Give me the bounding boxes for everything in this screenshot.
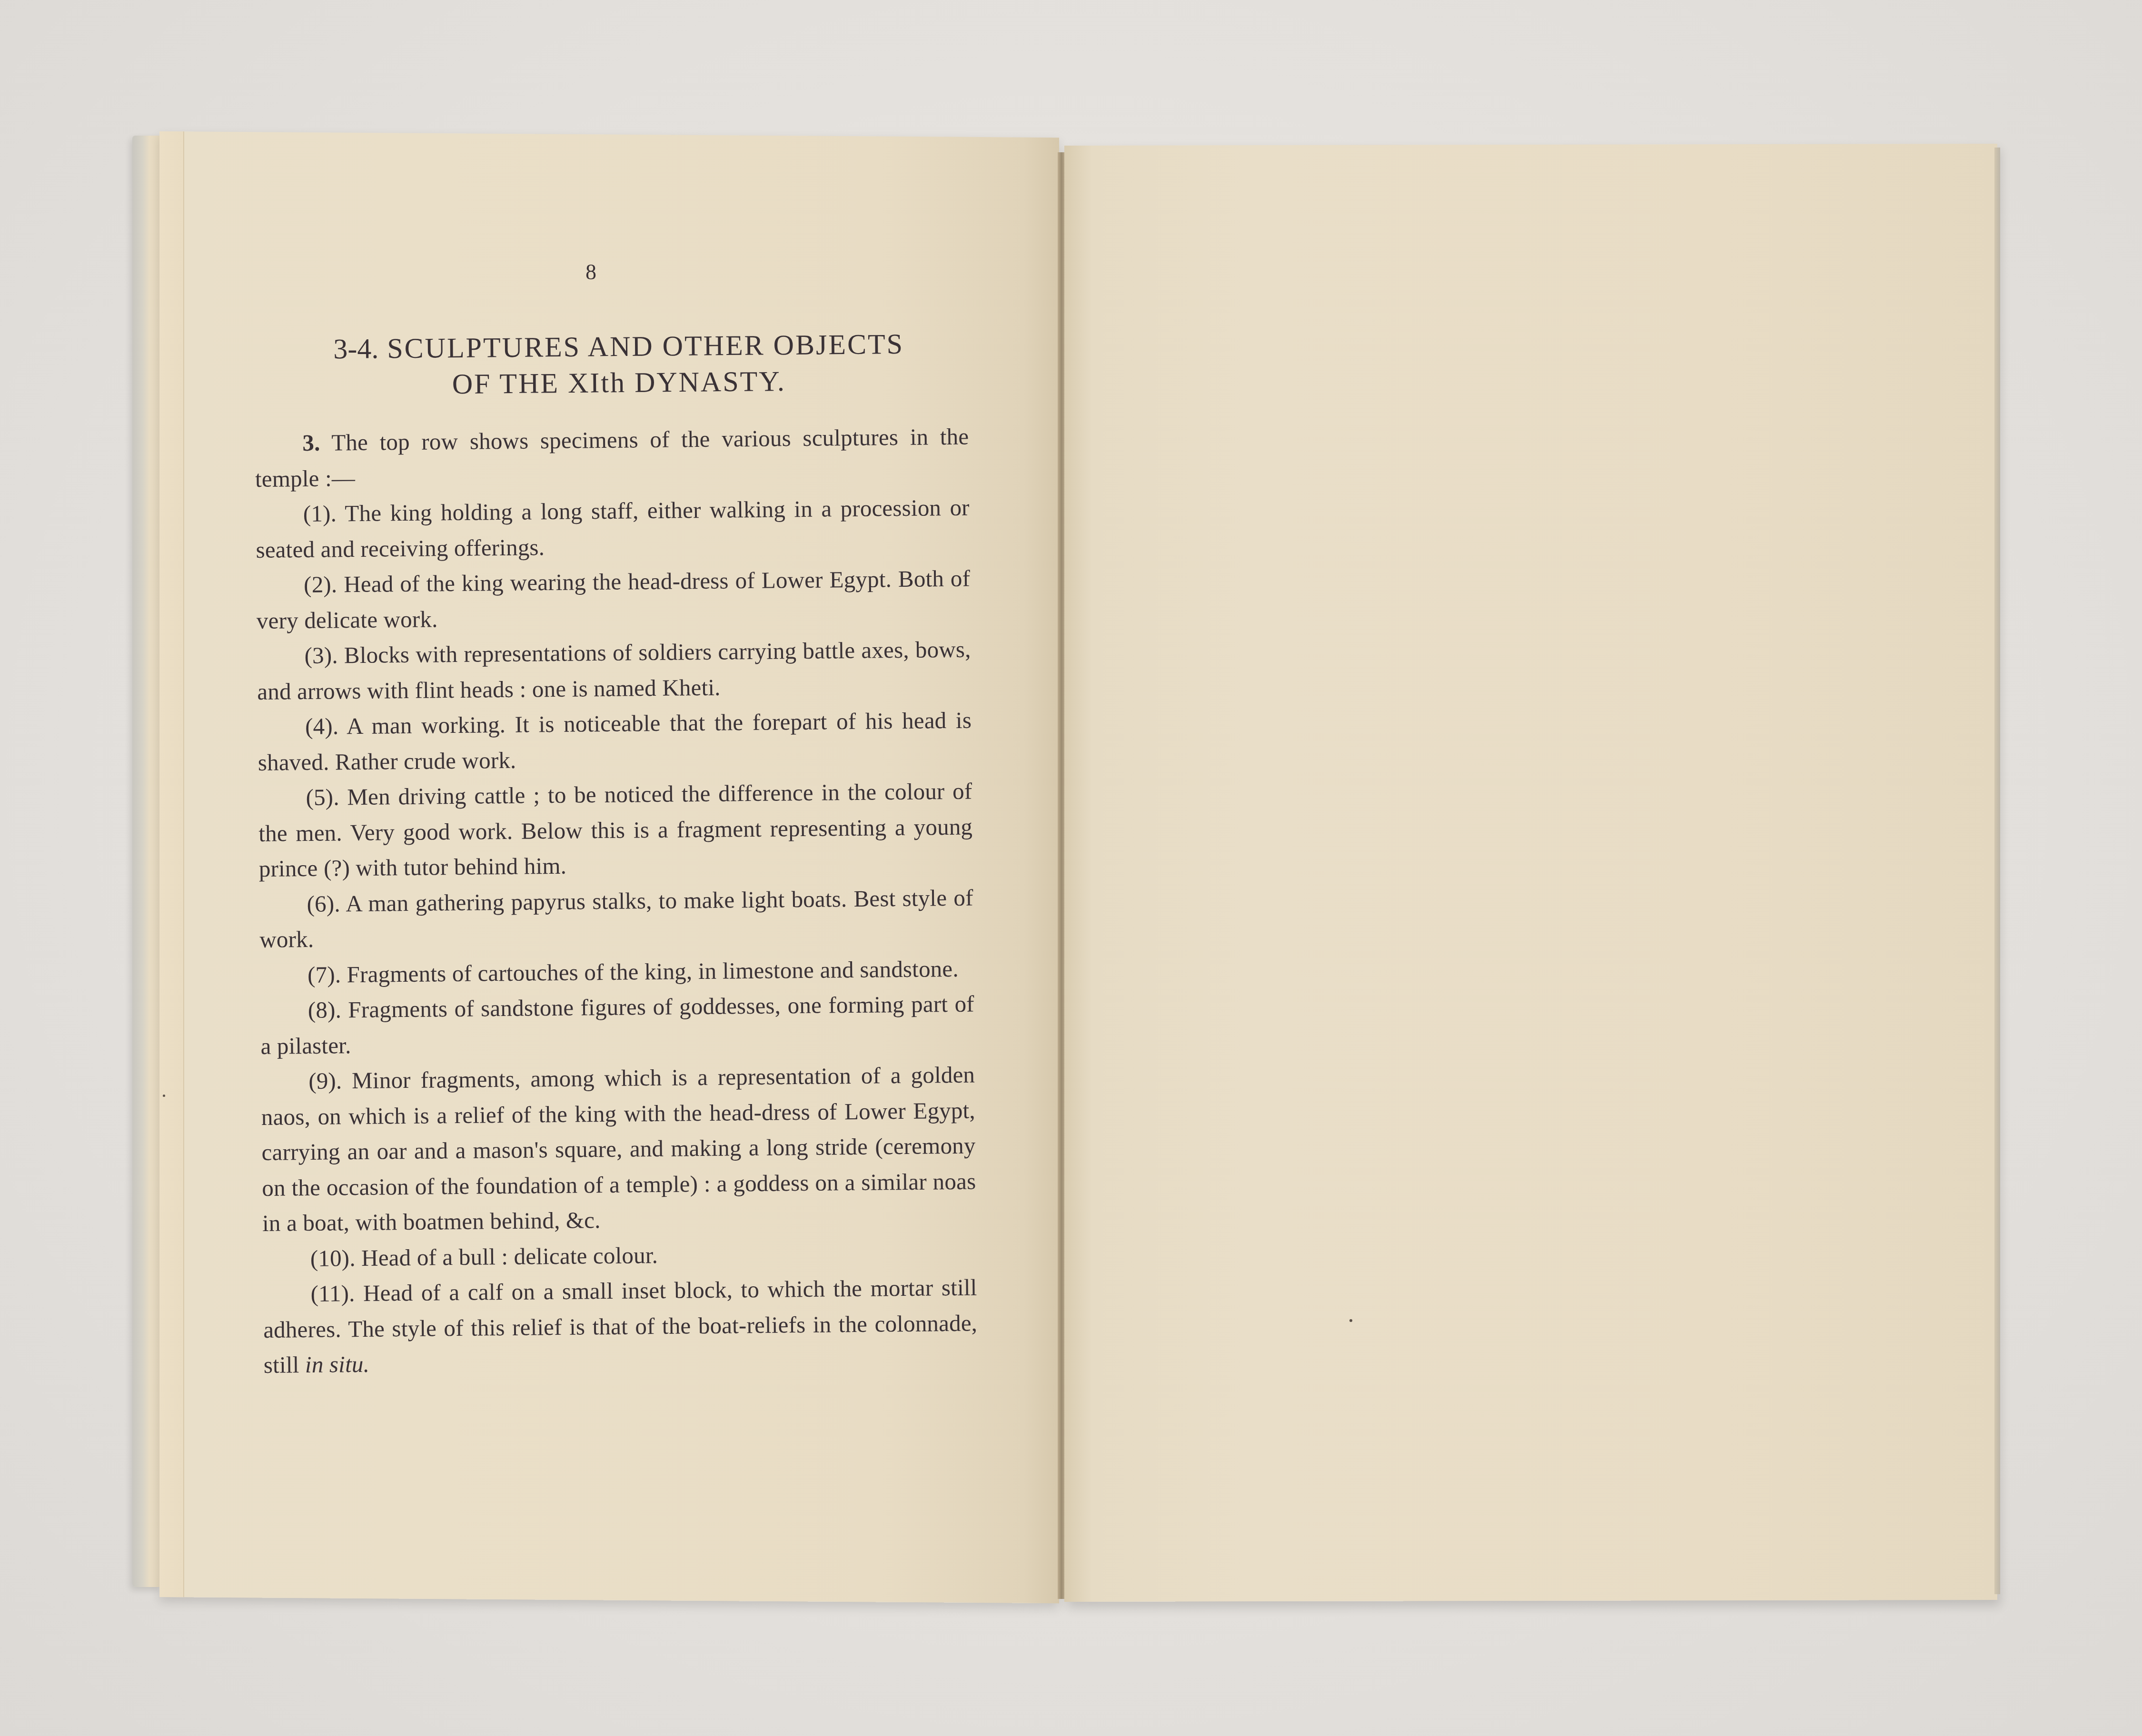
item-10: (10). Head of a bull : delicate colour. <box>262 1234 977 1277</box>
item-9: (9). Minor fragments, among which is a r… <box>261 1057 977 1242</box>
body-text: 3. The top row shows specimens of the va… <box>255 419 978 1383</box>
item-5: (5). Men driving cattle ; to be noticed … <box>258 774 973 887</box>
section-heading: 3-4. SCULPTURES AND OTHER OBJECTS OF THE… <box>285 325 952 404</box>
paper-speck <box>163 1095 165 1097</box>
heading-line-1-text: SCULPTURES AND OTHER OBJECTS <box>387 328 904 364</box>
open-pamphlet: 8 3-4. SCULPTURES AND OTHER OBJECTS OF T… <box>0 0 2142 1736</box>
paragraph-3: 3. The top row shows specimens of the va… <box>255 419 969 497</box>
item-1: (1). The king holding a long staff, eith… <box>255 490 970 568</box>
left-page-stack-edge <box>132 136 161 1587</box>
item-text: The king holding a long staff, either wa… <box>256 494 970 563</box>
item-text: A man working. It is noticeable that the… <box>258 707 972 776</box>
item-text: Blocks with representations of soldiers … <box>257 636 971 705</box>
item-8: (8). Fragments of sandstone figures of g… <box>260 986 974 1064</box>
item-2: (2). Head of the king wearing the head-d… <box>256 561 971 639</box>
item-text: Head of the king wearing the head-dress … <box>257 565 971 634</box>
item-number: (7). <box>307 961 341 988</box>
heading-line-2: OF THE XIth DYNASTY. <box>286 362 952 404</box>
item-text: Minor fragments, among which is a repres… <box>261 1062 976 1236</box>
paragraph-number: 3. <box>302 430 320 456</box>
item-text: Fragments of sandstone figures of goddes… <box>260 991 974 1059</box>
item-number: (1). <box>303 500 337 527</box>
item-text: A man gathering papyrus stalks, to make … <box>259 884 973 953</box>
item-number: (5). <box>306 784 339 810</box>
item-11: (11). Head of a calf on a small inset bl… <box>263 1270 978 1383</box>
right-page-blank <box>1064 144 1997 1602</box>
item-text: Head of a calf on a small inset block, t… <box>263 1274 977 1378</box>
item-number: (8). <box>308 996 342 1023</box>
heading-number: 3-4. <box>333 333 379 365</box>
item-number: (2). <box>304 571 337 598</box>
paragraph-text: The top row shows specimens of the vario… <box>255 424 969 492</box>
item-number: (10). <box>310 1245 356 1272</box>
heading-line-1: 3-4. SCULPTURES AND OTHER OBJECTS <box>285 325 952 367</box>
item-text: Men driving cattle ; to be noticed the d… <box>258 778 972 882</box>
item-number: (9). <box>308 1067 342 1094</box>
item-text: Fragments of cartouches of the king, in … <box>347 955 959 987</box>
item-number: (3). <box>304 642 338 669</box>
item-6: (6). A man gathering papyrus stalks, to … <box>259 880 973 957</box>
item-number: (6). <box>307 890 340 917</box>
item-7: (7). Fragments of cartouches of the king… <box>260 951 974 993</box>
item-number: (4). <box>305 713 339 740</box>
left-page-fold <box>159 131 184 1597</box>
paper-speck <box>1349 1319 1352 1322</box>
item-number: (11). <box>310 1280 355 1307</box>
item-text: Head of a bull : delicate colour. <box>361 1242 658 1271</box>
item-4: (4). A man working. It is noticeable tha… <box>258 703 972 780</box>
item-text-italic: in situ. <box>305 1351 370 1378</box>
right-page-edge <box>1994 148 2000 1594</box>
page-number: 8 <box>585 259 596 285</box>
item-3: (3). Blocks with representations of sold… <box>257 632 971 710</box>
